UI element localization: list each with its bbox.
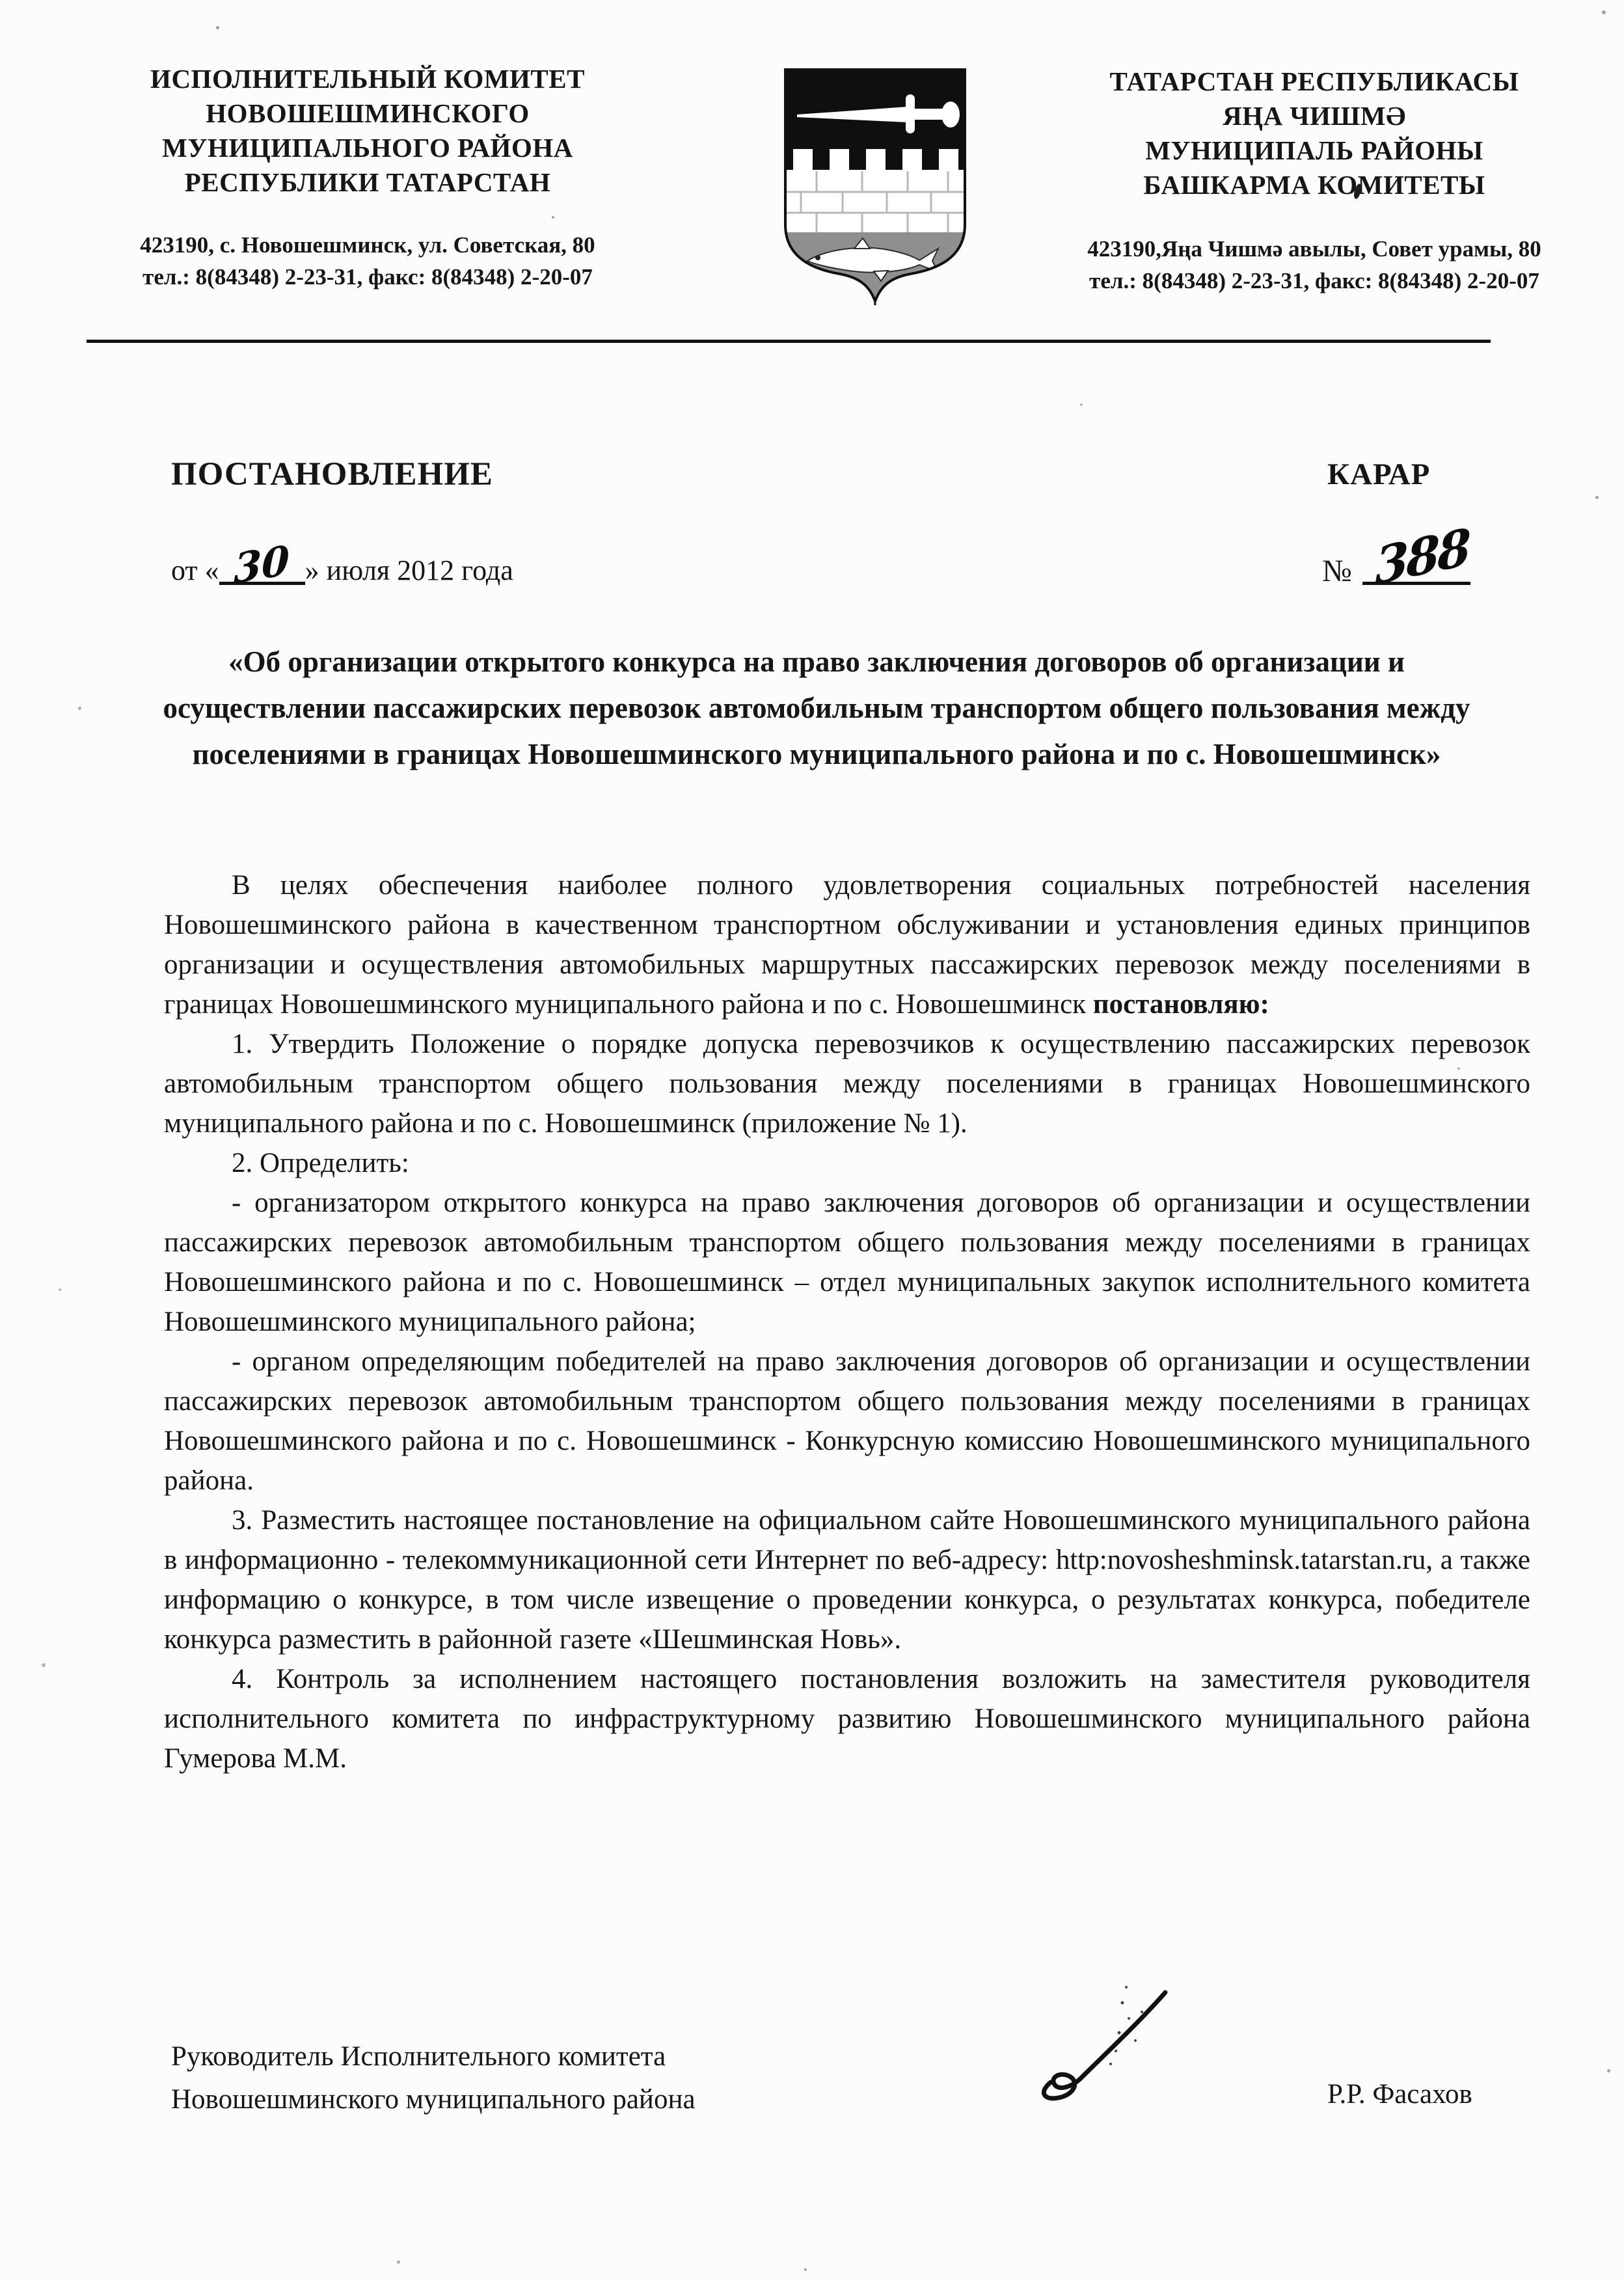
signature-position: Руководитель Исполнительного комитета Но… bbox=[171, 2035, 696, 2121]
number-blank: 388 bbox=[1362, 549, 1470, 585]
scan-speck bbox=[78, 707, 81, 710]
org-left-line1: ИСПОЛНИТЕЛЬНЫЙ КОМИТЕТ bbox=[98, 62, 638, 96]
body-paragraph-item3: 3. Разместить настоящее постановление на… bbox=[164, 1500, 1530, 1659]
header-divider-line bbox=[87, 340, 1491, 343]
address-left-line1: 423190, с. Новошешминск, ул. Советская, … bbox=[91, 229, 644, 261]
scan-speck bbox=[216, 26, 219, 29]
date-prefix: от « bbox=[171, 554, 219, 586]
date-day-blank: 30 bbox=[219, 550, 305, 585]
scan-speck bbox=[1080, 403, 1083, 406]
letterhead-left-org: ИСПОЛНИТЕЛЬНЫЙ КОМИТЕТ НОВОШЕШМИНСКОГО М… bbox=[98, 62, 638, 200]
scan-speck bbox=[397, 2260, 400, 2264]
doc-type-tatar: КАРАР bbox=[1327, 457, 1430, 492]
letterhead-right-org: ТАТАРСТАН РЕСПУБЛИКАСЫ ЯҢА ЧИШМӘ МУНИЦИП… bbox=[1044, 64, 1584, 202]
doc-date-line: от «30» июля 2012 года bbox=[171, 550, 513, 587]
scan-speck bbox=[1457, 1067, 1460, 1070]
scan-speck bbox=[59, 1288, 61, 1291]
signature-position-line1: Руководитель Исполнительного комитета bbox=[171, 2035, 696, 2078]
org-right-line3: МУНИЦИПАЛЬ РАЙОНЫ bbox=[1044, 133, 1584, 168]
coat-of-arms-icon bbox=[778, 62, 973, 305]
org-right-line1: ТАТАРСТАН РЕСПУБЛИКАСЫ bbox=[1044, 64, 1584, 99]
org-left-line2: НОВОШЕШМИНСКОГО bbox=[98, 96, 638, 131]
letterhead-right-address: 423190,Яңа Чишмә авылы, Совет урамы, 80 … bbox=[1031, 233, 1597, 297]
scan-speck bbox=[804, 2268, 807, 2271]
signature-position-line2: Новошешминского муниципального района bbox=[171, 2078, 696, 2121]
address-left-line2: тел.: 8(84348) 2-23-31, факс: 8(84348) 2… bbox=[91, 261, 644, 293]
scanned-decree-page: { "header_left": { "org_lines": [ "ИСПОЛ… bbox=[0, 0, 1624, 2280]
handwritten-signature-icon bbox=[1025, 1973, 1200, 2110]
date-suffix: » июля 2012 года bbox=[305, 554, 513, 586]
org-left-line4: РЕСПУБЛИКИ ТАТАРСТАН bbox=[98, 165, 638, 200]
handwritten-day: 30 bbox=[234, 536, 290, 593]
preamble-text: В целях обеспечения наиболее полного удо… bbox=[164, 870, 1530, 1020]
address-right-line2: тел.: 8(84348) 2-23-31, факс: 8(84348) 2… bbox=[1031, 265, 1597, 297]
body-paragraph-preamble: В целях обеспечения наиболее полного удо… bbox=[164, 865, 1530, 1024]
doc-title: «Об организации открытого конкурса на пр… bbox=[156, 639, 1477, 778]
body-paragraph-item2-sub1: - организатором открытого конкурса на пр… bbox=[164, 1183, 1530, 1342]
org-right-line4: БАШКАРМА КОМИТЕТЫ bbox=[1044, 168, 1584, 202]
doc-number-line: №388 bbox=[1322, 549, 1470, 589]
preamble-resolve-word: постановляю: bbox=[1093, 989, 1269, 1020]
address-right-line1: 423190,Яңа Чишмә авылы, Совет урамы, 80 bbox=[1031, 233, 1597, 265]
body-paragraph-item2: 2. Определить: bbox=[164, 1143, 1530, 1183]
org-left-line3: МУНИЦИПАЛЬНОГО РАЙОНА bbox=[98, 131, 638, 165]
scan-speck bbox=[1595, 496, 1599, 499]
scan-speck bbox=[1602, 10, 1606, 14]
doc-type-russian: ПОСТАНОВЛЕНИЕ bbox=[171, 455, 493, 493]
body-paragraph-item2-sub2: - органом определяющим победителей на пр… bbox=[164, 1342, 1530, 1500]
handwritten-number: 388 bbox=[1375, 517, 1468, 596]
body-paragraph-item1: 1. Утвердить Положение о порядке допуска… bbox=[164, 1024, 1530, 1143]
scan-speck bbox=[552, 216, 554, 219]
signature-name: Р.Р. Фасахов bbox=[1327, 2078, 1472, 2110]
doc-body: В целях обеспечения наиболее полного удо… bbox=[164, 865, 1530, 1778]
letterhead-left-address: 423190, с. Новошешминск, ул. Советская, … bbox=[91, 229, 644, 293]
number-label: № bbox=[1322, 554, 1352, 588]
body-paragraph-item4: 4. Контроль за исполнением настоящего по… bbox=[164, 1659, 1530, 1778]
scan-speck bbox=[1607, 2069, 1610, 2072]
scan-speck bbox=[42, 1663, 46, 1667]
org-right-line2: ЯҢА ЧИШМӘ bbox=[1044, 99, 1584, 133]
